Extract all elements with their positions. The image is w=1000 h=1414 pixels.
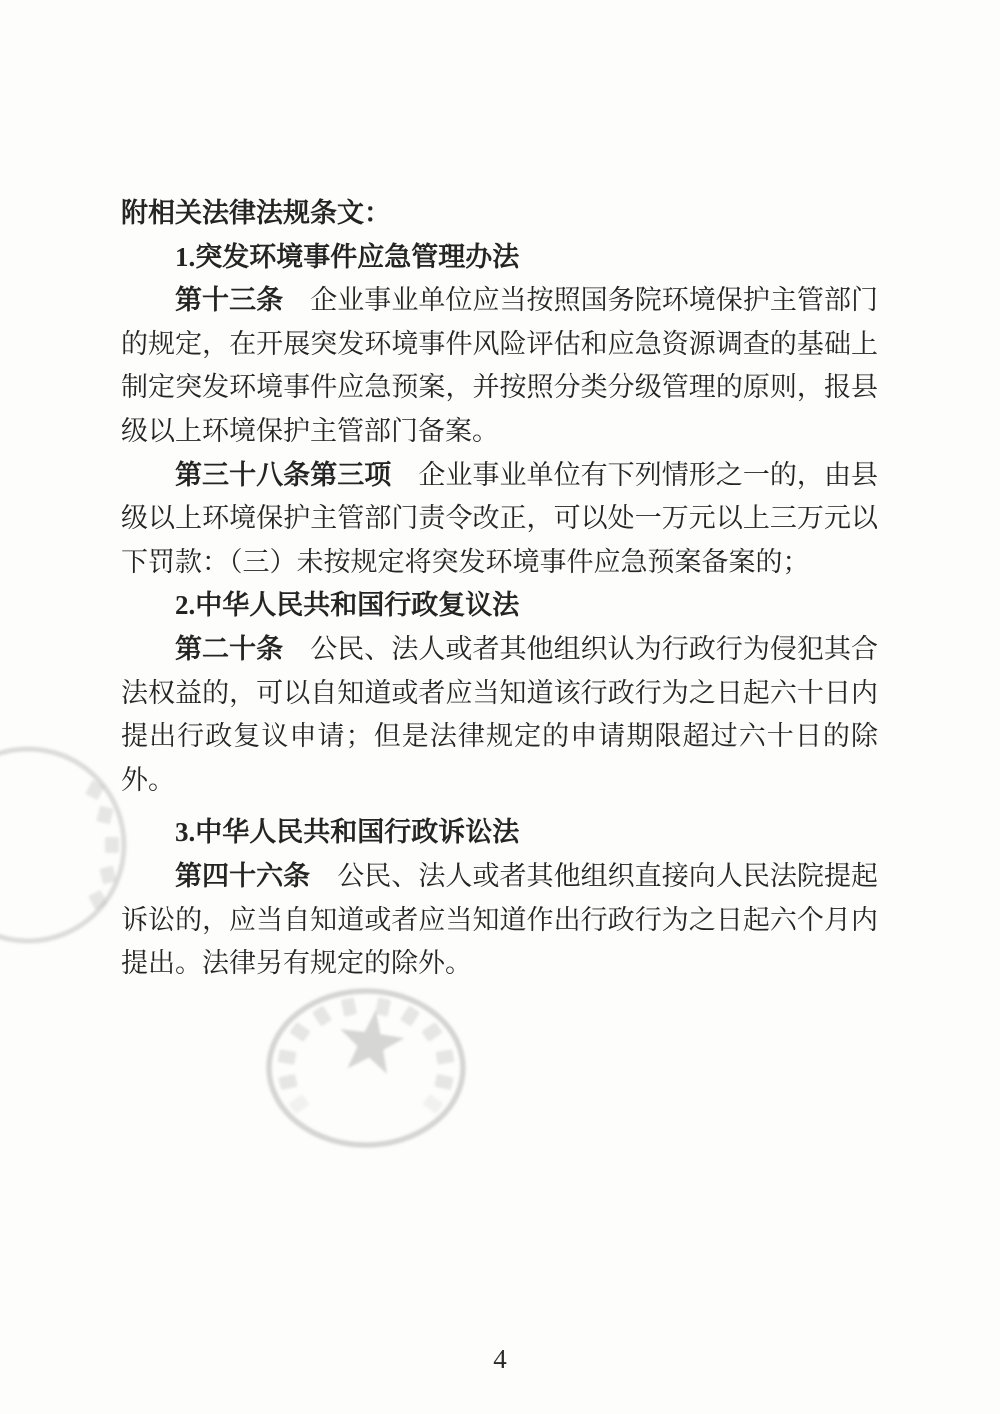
partial-seal-characters — [85, 780, 119, 911]
article-20-paragraph: 第二十条 公民、法人或者其他组织认为行政行为侵犯其合法权益的，可以自知道或者应当… — [121, 628, 878, 802]
law-heading-2: 2.中华人民共和国行政复议法 — [121, 584, 878, 628]
article-20-label: 第二十条 — [175, 634, 283, 664]
attachment-title: 附相关法律法规条文： — [121, 192, 878, 236]
seal-ring — [269, 991, 463, 1145]
article-13-label: 第十三条 — [175, 285, 283, 315]
article-38-label: 第三十八条第三项 — [175, 460, 391, 490]
partial-seal-ring — [0, 749, 124, 941]
article-46-label: 第四十六条 — [175, 861, 310, 891]
law-heading-1: 1.突发环境事件应急管理办法 — [121, 236, 878, 280]
partial-seal-stamp — [0, 742, 135, 952]
law-heading-3: 3.中华人民共和国行政诉讼法 — [121, 811, 878, 855]
page-number: 4 — [0, 1344, 1000, 1375]
seal-ring-characters — [278, 997, 455, 1114]
article-13-paragraph: 第十三条 企业事业单位应当按照国务院环境保护主管部门的规定，在开展突发环境事件风… — [121, 279, 878, 453]
article-38-paragraph: 第三十八条第三项 企业事业单位有下列情形之一的，由县级以上环境保护主管部门责令改… — [121, 454, 878, 585]
article-46-paragraph: 第四十六条 公民、法人或者其他组织直接向人民法院提起诉讼的，应当自知道或者应当知… — [121, 855, 878, 986]
star-icon — [335, 1006, 408, 1076]
scanned-document-page: 附相关法律法规条文： 1.突发环境事件应急管理办法 第十三条 企业事业单位应当按… — [0, 0, 1000, 1414]
document-body: 附相关法律法规条文： 1.突发环境事件应急管理办法 第十三条 企业事业单位应当按… — [121, 192, 878, 986]
official-seal-stamp — [262, 986, 472, 1152]
